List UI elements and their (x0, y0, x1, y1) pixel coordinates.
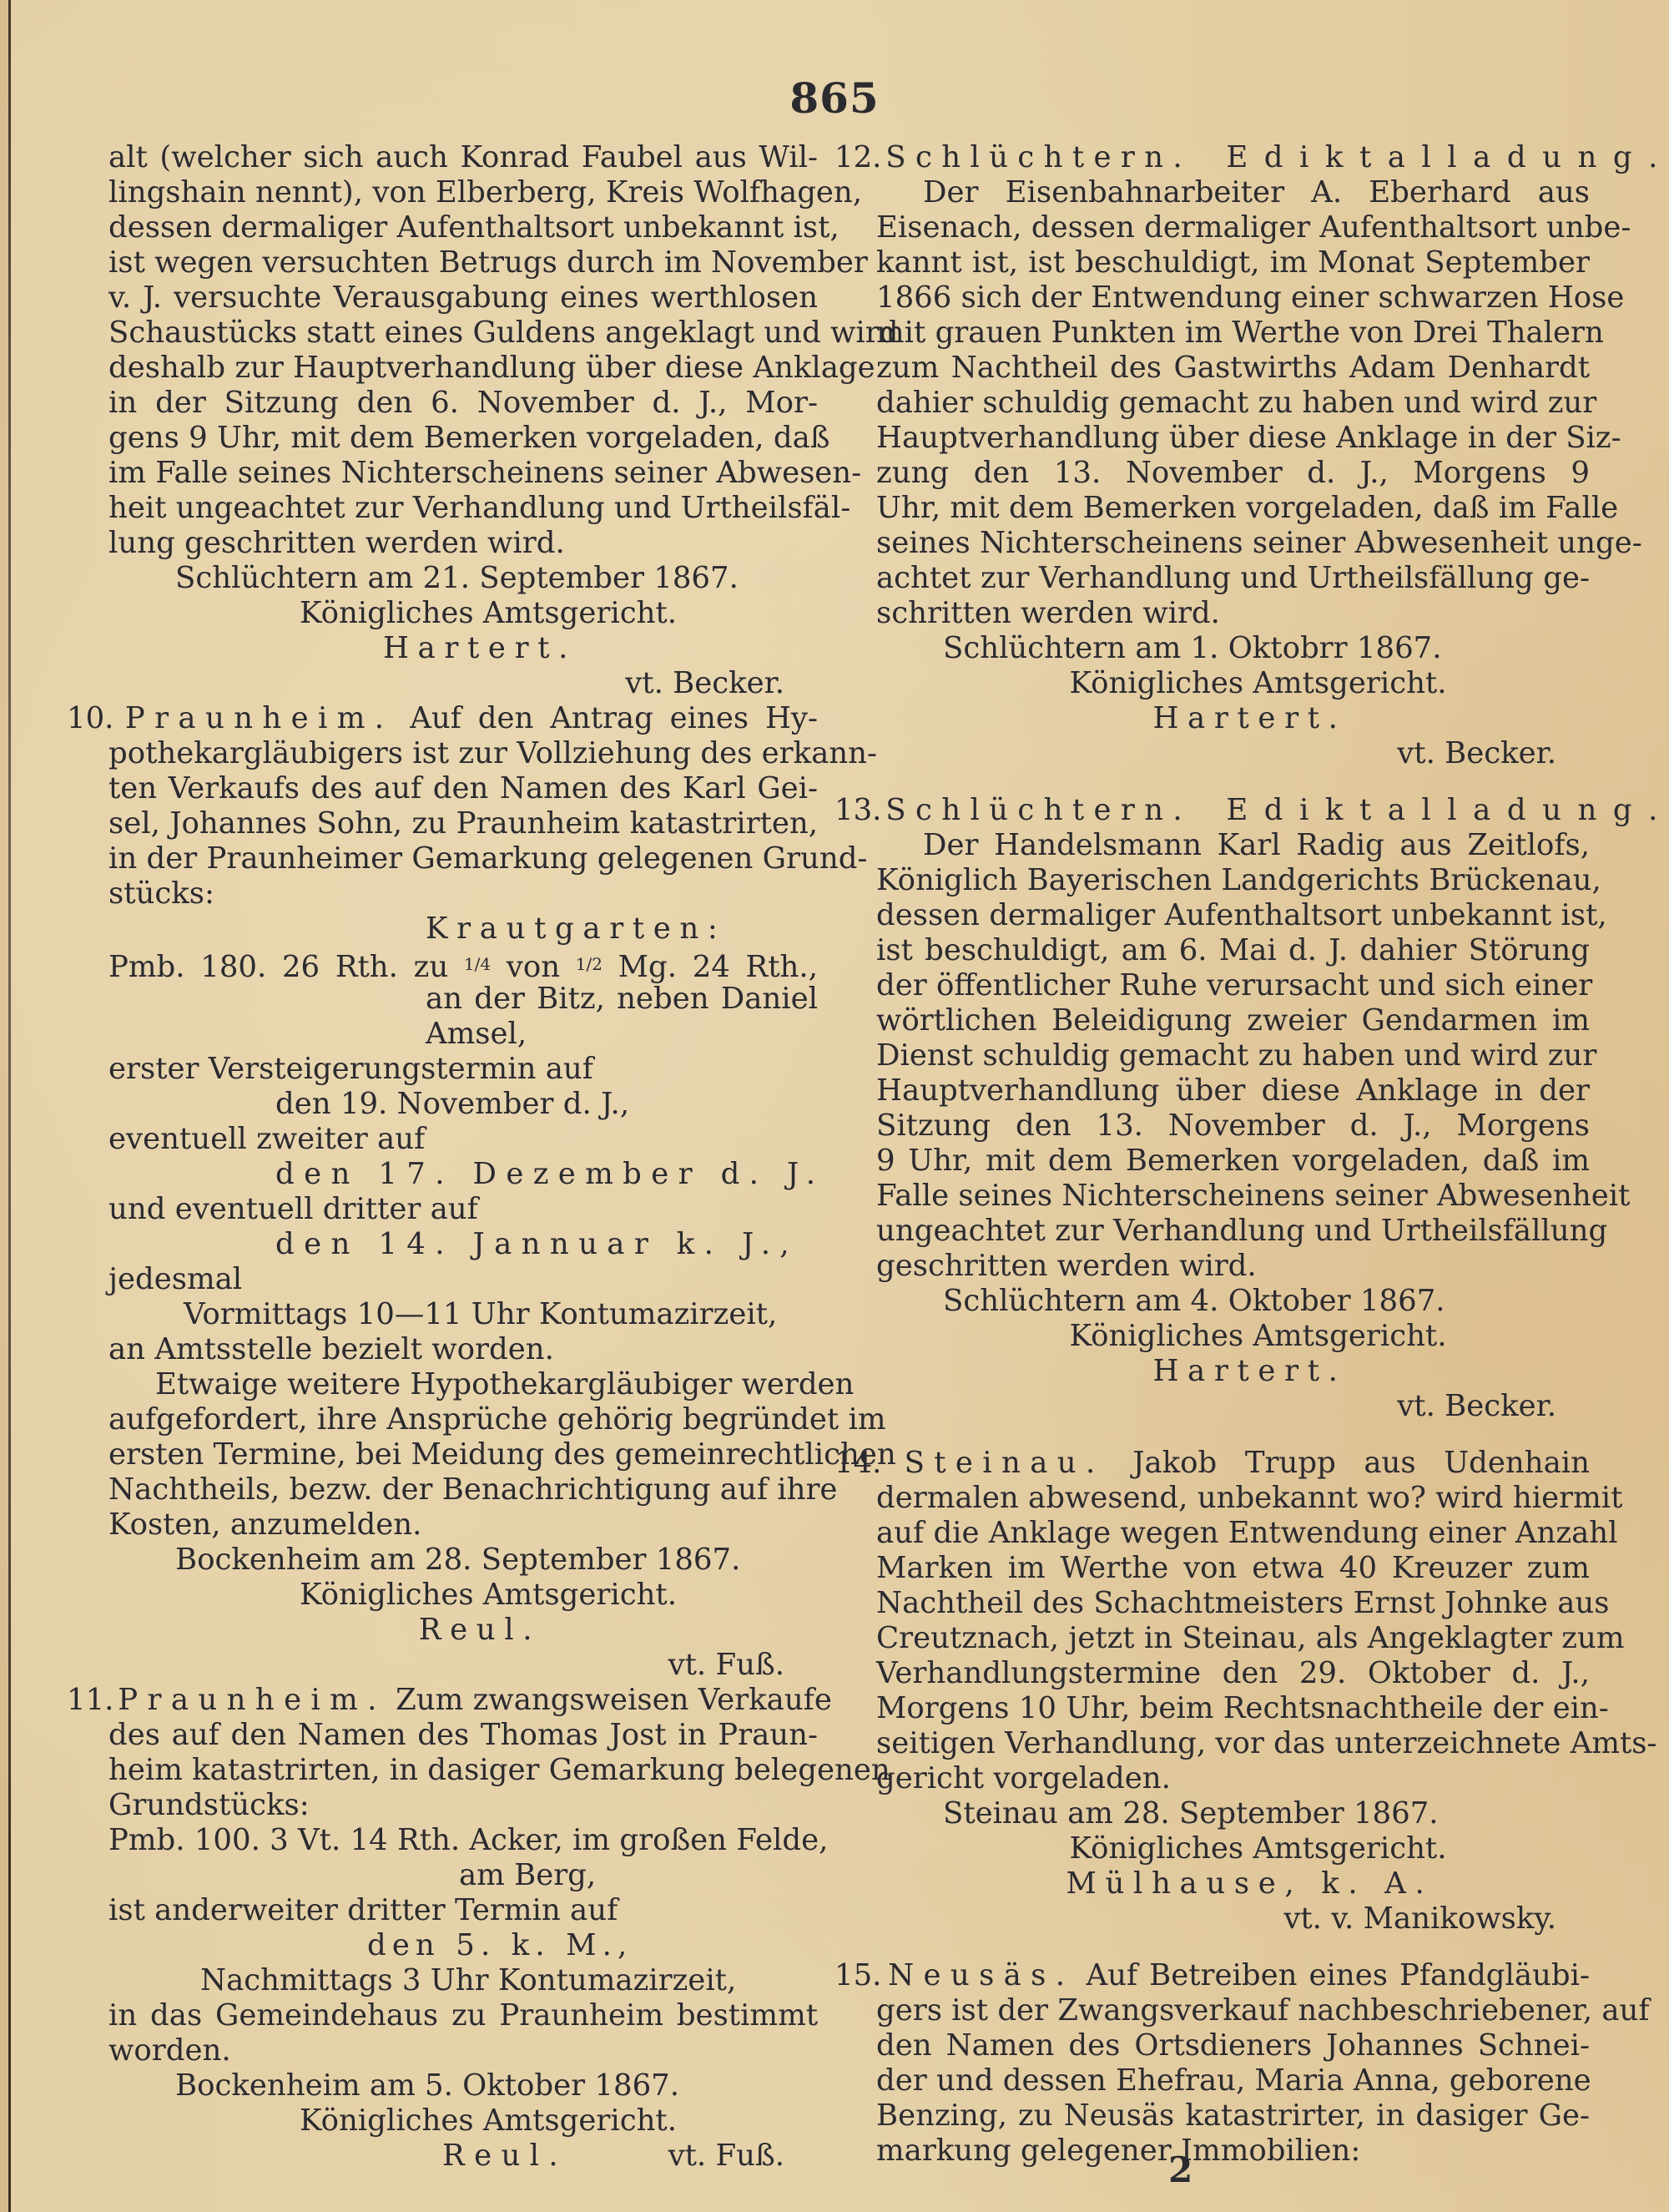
text-line: Schaustücks statt eines Guldens angeklag… (108, 316, 818, 351)
clerk-signature: vt. v. Manikowsky. (876, 1901, 1590, 1937)
spacer (834, 1424, 1590, 1446)
text-line: pothekargläubigers ist zur Vollziehung d… (108, 736, 818, 771)
notice-date: Steinau am 28. September 1867. (876, 1796, 1590, 1831)
parcel-line: Pmb. 100. 3 Vt. 14 Rth. Acker, im großen… (108, 1823, 818, 1858)
entry-number: 11. (67, 1683, 108, 1718)
text-line: Jakob Trupp aus Udenhain (1132, 1446, 1590, 1480)
parcel-line: am Berg, (108, 1858, 818, 1893)
entry-number: 12. (834, 140, 876, 175)
text-line: im Falle seines Nichterscheinens seiner … (108, 456, 818, 491)
text-line: dessen dermaliger Aufenthaltsort unbekan… (108, 210, 818, 245)
parcel-line: an der Bitz, neben Daniel (108, 982, 818, 1017)
text-line: Morgens 10 Uhr, beim Rechtsnachtheile de… (876, 1691, 1590, 1726)
notice-date: Bockenheim am 28. September 1867. (108, 1543, 818, 1578)
entry-place: Praunheim. (118, 1683, 386, 1717)
entry-place: Steinau. (905, 1446, 1105, 1480)
term-label: erster Versteigerungstermin auf (108, 1052, 818, 1087)
text-line: ist beschuldigt, am 6. Mai d. J. dahier … (876, 933, 1590, 968)
text-line: der öffentlicher Ruhe verursacht und sic… (876, 968, 1590, 1003)
text-line: v. J. versuchte Verausgabung eines werth… (108, 280, 818, 316)
entry-number: 10. (67, 701, 108, 736)
spacer (834, 771, 1590, 793)
text-line: heim katastrirten, in dasiger Gemarkung … (108, 1753, 818, 1788)
entry-place: Schlüchtern. (885, 793, 1192, 827)
text-line: stücks: (108, 876, 818, 912)
judge-signature: Hartert. (108, 631, 818, 666)
text-line: Nachtheils, bezw. der Benachrichtigung a… (108, 1472, 818, 1507)
judge-signature: Mülhause, k. A. (876, 1866, 1590, 1901)
time-line: Vormittags 10—11 Uhr Kontumazirzeit, (108, 1297, 818, 1332)
spacer (834, 1937, 1590, 1958)
term-date: den 5. k. M., (108, 1928, 818, 1963)
judge-signature: Hartert. (876, 701, 1590, 736)
entry-11: 11. Praunheim. Zum zwangsweisen Verkaufe… (67, 1683, 818, 2174)
entry-place: Praunheim. (125, 701, 394, 735)
term-date: den 14. Jannuar k. J., (108, 1227, 818, 1262)
text-line: Marken im Werthe von etwa 40 Kreuzer zum (876, 1551, 1590, 1586)
notice-date: Schlüchtern am 4. Oktober 1867. (876, 1284, 1590, 1319)
parcel-text: von (507, 950, 560, 984)
text-line: aufgefordert, ihre Ansprüche gehörig beg… (108, 1402, 818, 1437)
text-line: 1866 sich der Entwendung einer schwarzen… (876, 280, 1590, 316)
text-line: der und dessen Ehefrau, Maria Anna, gebo… (876, 2063, 1590, 2098)
text-line: Grundstücks: (108, 1788, 818, 1823)
entry-place: Schlüchtern. (885, 140, 1192, 174)
court-name: Königliches Amtsgericht. (108, 596, 818, 631)
text-line: deshalb zur Hauptverhandlung über diese … (108, 351, 818, 386)
text-line: schritten werden wird. (876, 596, 1590, 631)
text-line: in der Praunheimer Gemarkung gelegenen G… (108, 841, 818, 876)
text-line: seines Nichterscheinens seiner Abwesenhe… (876, 526, 1590, 561)
term-label: und eventuell dritter auf (108, 1192, 818, 1227)
text-line: markung gelegener Immobilien: (876, 2134, 1590, 2169)
fraction: 1/2 (576, 954, 603, 974)
text-line: ist wegen versuchten Betrugs durch im No… (108, 245, 818, 280)
text-line: zung den 13. November d. J., Morgens 9 (876, 456, 1590, 491)
text-line: Benzing, zu Neusäs katastrirter, in dasi… (876, 2098, 1590, 2134)
text-line: Nachtheil des Schachtmeisters Ernst John… (876, 1586, 1590, 1621)
text-line: kannt ist, ist beschuldigt, im Monat Sep… (876, 245, 1590, 280)
text-line: lung geschritten werden wird. (108, 526, 818, 561)
text-line: dahier schuldig gemacht zu haben und wir… (876, 386, 1590, 421)
text-line: Königlich Bayerischen Landgerichts Brück… (876, 863, 1590, 898)
parcel-ref: Pmb. 180. 26 Rth. (108, 950, 398, 984)
right-column: 12. Schlüchtern. Ediktalladung. Der Eise… (834, 140, 1590, 2169)
text-line: Hauptverhandlung über diese Anklage in d… (876, 421, 1590, 456)
term-date: den 17. Dezember d. J. (108, 1157, 818, 1192)
text-line: heit ungeachtet zur Verhandlung und Urth… (108, 491, 818, 526)
text-line: auf die Anklage wegen Entwendung einer A… (876, 1516, 1590, 1551)
court-name: Königliches Amtsgericht. (108, 2103, 818, 2139)
text-line: Kosten, anzumelden. (108, 1507, 818, 1543)
fraction: 1/4 (464, 954, 491, 974)
notice-date: Schlüchtern am 1. Oktobrr 1867. (876, 631, 1590, 666)
left-column: alt (welcher sich auch Konrad Faubel aus… (67, 140, 818, 2174)
text-line: Creutznach, jetzt in Steinau, als Angekl… (876, 1621, 1590, 1656)
text-line: Eisenach, dessen dermaliger Aufenthaltso… (876, 210, 1590, 245)
text-line: gers ist der Zwangsverkauf nachbeschrieb… (876, 1993, 1590, 2028)
text-line: jedesmal (108, 1262, 818, 1297)
text-line: Verhandlungstermine den 29. Oktober d. J… (876, 1656, 1590, 1691)
entry-number: 13. (834, 793, 876, 828)
text-line: ersten Termine, bei Meidung des gemeinre… (108, 1437, 818, 1472)
text-line: an Amtsstelle bezielt worden. (108, 1332, 818, 1367)
entry-15: 15. Neusäs. Auf Betreiben eines Pfandglä… (834, 1958, 1590, 2169)
parcel-heading: Krautgarten: (108, 912, 818, 947)
court-name: Königliches Amtsgericht. (876, 1831, 1590, 1866)
text-line: Auf den Antrag eines Hy- (410, 701, 818, 735)
text-line: worden. (108, 2033, 818, 2068)
text-line: zum Nachtheil des Gastwirths Adam Denhar… (876, 351, 1590, 386)
entry-10: 10. Praunheim. Auf den Antrag eines Hy- … (67, 701, 818, 1683)
text-line: den Namen des Ortsdieners Johannes Schne… (876, 2028, 1590, 2063)
entry-13: 13. Schlüchtern. Ediktalladung. Der Hand… (834, 793, 1590, 1424)
text-line: Zum zwangsweisen Verkaufe (396, 1683, 832, 1717)
text-line: Hauptverhandlung über diese Anklage in d… (876, 1073, 1590, 1109)
text-line: gericht vorgeladen. (876, 1761, 1590, 1796)
clerk-signature: vt. Becker. (876, 736, 1590, 771)
clerk-signature: vt. Fuß. (668, 2139, 784, 2174)
judge-signature: Reul. (108, 1613, 818, 1648)
clerk-signature: vt. Fuß. (108, 1648, 818, 1683)
text-line: lingshain nennt), von Elberberg, Kreis W… (108, 175, 818, 210)
entry-12: 12. Schlüchtern. Ediktalladung. Der Eise… (834, 140, 1590, 771)
court-name: Königliches Amtsgericht. (876, 666, 1590, 701)
text-line: alt (welcher sich auch Konrad Faubel aus… (108, 140, 818, 175)
text-line: sel, Johannes Sohn, zu Praunheim katastr… (108, 806, 818, 841)
judge-signature: Reul. (442, 2139, 567, 2174)
text-line: achtet zur Verhandlung und Urtheilsfällu… (876, 561, 1590, 596)
notice-date: Bockenheim am 5. Oktober 1867. (108, 2068, 818, 2103)
text-line: des auf den Namen des Thomas Jost in Pra… (108, 1718, 818, 1753)
parcel-line: Pmb. 180. 26 Rth. zu 1/4 von 1/2 Mg. 24 … (108, 947, 818, 982)
text-line: Der Eisenbahnarbeiter A. Eberhard aus (876, 175, 1590, 210)
entry-type: Ediktalladung. (1201, 793, 1669, 827)
text-line: Falle seines Nichterscheinens seiner Abw… (876, 1179, 1590, 1214)
clerk-signature: vt. Becker. (876, 1389, 1590, 1424)
entry-place: Neusäs. (888, 1958, 1074, 1992)
text-line: gens 9 Uhr, mit dem Bemerken vorgeladen,… (108, 421, 818, 456)
notice-date: Schlüchtern am 21. September 1867. (108, 561, 818, 596)
text-line: Sitzung den 13. November d. J., Morgens (876, 1109, 1590, 1144)
text-line: mit grauen Punkten im Werthe von Drei Th… (876, 316, 1590, 351)
text-line: wörtlichen Beleidigung zweier Gendarmen … (876, 1003, 1590, 1038)
text-line: Etwaige weitere Hypothekargläubiger werd… (108, 1367, 818, 1402)
clerk-signature: vt. Becker. (108, 666, 818, 701)
entry-continuation: alt (welcher sich auch Konrad Faubel aus… (67, 140, 818, 701)
signature-row: Reul. vt. Fuß. (108, 2139, 818, 2174)
text-line: Der Handelsmann Karl Radig aus Zeitlofs, (876, 828, 1590, 863)
text-line: in der Sitzung den 6. November d. J., Mo… (108, 386, 818, 421)
text-line: ten Verkaufs des auf den Namen des Karl … (108, 771, 818, 806)
printer-signature-mark: 2 (1168, 2149, 1193, 2190)
entry-14: 14. Steinau. Jakob Trupp aus Udenhain de… (834, 1446, 1590, 1937)
text-line: in das Gemeindehaus zu Praunheim bestimm… (108, 1998, 818, 2033)
parcel-text: zu (414, 950, 449, 984)
term-date: den 19. November d. J., (108, 1087, 818, 1122)
text-line: geschritten werden wird. (876, 1249, 1590, 1284)
judge-signature: Hartert. (876, 1354, 1590, 1389)
text-line: Uhr, mit dem Bemerken vorgeladen, daß im… (876, 491, 1590, 526)
entry-number: 15. (834, 1958, 876, 1993)
term-label: ist anderweiter dritter Termin auf (108, 1893, 818, 1928)
newspaper-page: 865 alt (welcher sich auch Konrad Faubel… (0, 0, 1669, 2212)
text-line: dessen dermaliger Aufenthaltsort unbekan… (876, 898, 1590, 933)
page-number: 865 (0, 73, 1669, 123)
entry-number: 14. (834, 1446, 876, 1481)
time-line: Nachmittags 3 Uhr Kontumazirzeit, (108, 1963, 818, 1998)
parcel-line: Amsel, (108, 1017, 818, 1052)
text-line: Dienst schuldig gemacht zu haben und wir… (876, 1038, 1590, 1073)
term-label: eventuell zweiter auf (108, 1122, 818, 1157)
court-name: Königliches Amtsgericht. (108, 1578, 818, 1613)
text-line: seitigen Verhandlung, vor das unterzeich… (876, 1726, 1590, 1761)
text-line: 9 Uhr, mit dem Bemerken vorgeladen, daß … (876, 1144, 1590, 1179)
court-name: Königliches Amtsgericht. (876, 1319, 1590, 1354)
entry-type: Ediktalladung. (1201, 140, 1669, 174)
text-line: dermalen abwesend, unbekannt wo? wird hi… (876, 1481, 1590, 1516)
text-line: Auf Betreiben eines Pfandgläubi- (1086, 1958, 1590, 1992)
parcel-text: Mg. 24 Rth., (618, 950, 818, 984)
text-line: ungeachtet zur Verhandlung und Urtheilsf… (876, 1214, 1590, 1249)
